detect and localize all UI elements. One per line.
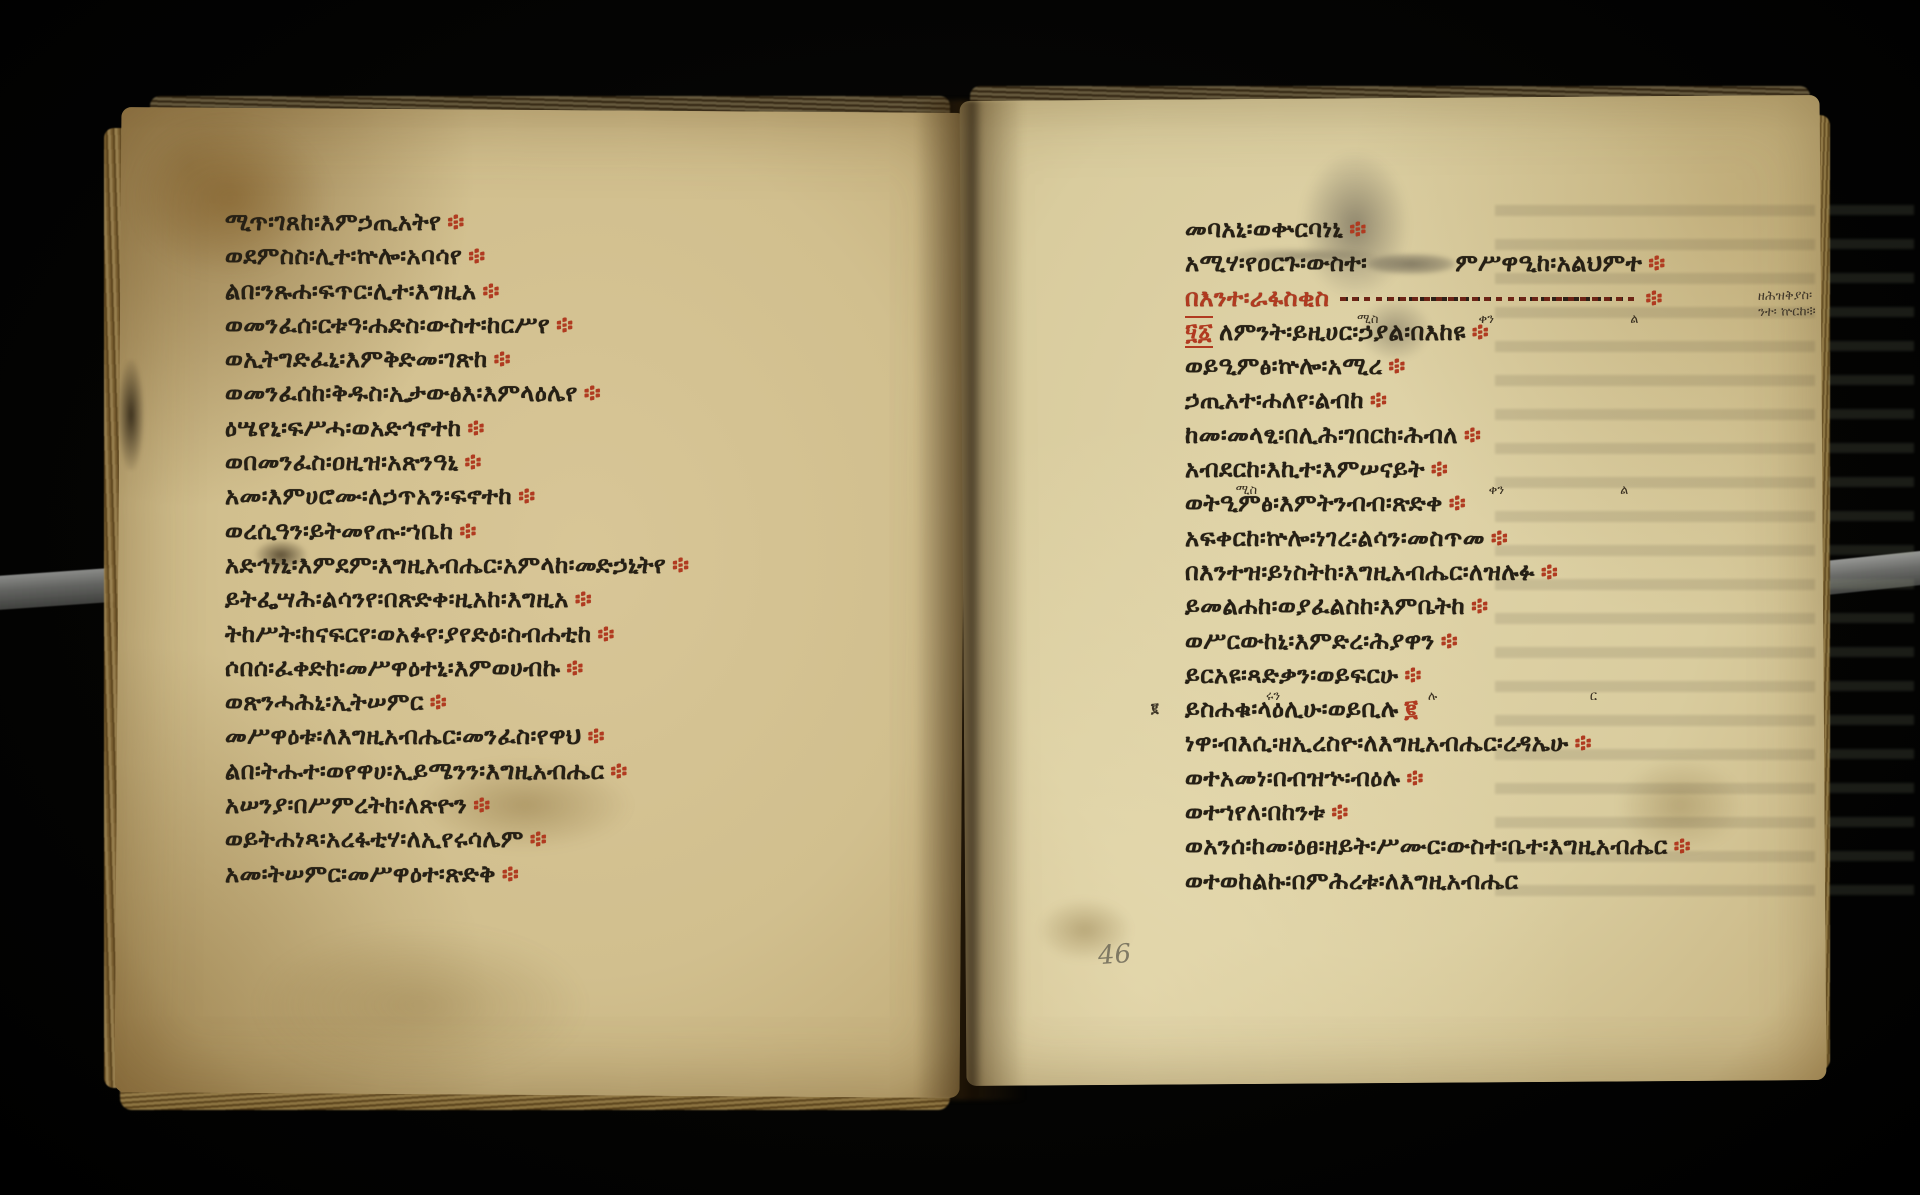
verse-text: ወይትሐነጻ፡አረፋቲሃ፡ለኢየሩሳሌም xyxy=(225,825,524,853)
verse-divider-mark: ፨ xyxy=(1648,249,1665,277)
text-line: ወረሲዓን፡ይትመየጡ፡ኀቤከ፨ xyxy=(225,514,690,548)
verse-divider-mark: ፨ xyxy=(598,620,615,648)
verse-divider-mark: ፨ xyxy=(1646,284,1663,312)
text-line: ፪ይስሐቁ፡ላዕሊሁ፡ወይቢሉ፪ሩንሉር xyxy=(1185,692,1691,726)
text-line: ወደምስስ፡ሊተ፡ኵሎ፡አባሳየ፨ xyxy=(225,239,690,273)
interlinear-gloss: ል xyxy=(1620,474,1628,509)
text-line: አሚሃ፡የዐርጉ፡ውስተ፡ምሥዋዒከ፡አልህምተ፨ xyxy=(1185,246,1691,280)
verse-divider-mark: ፨ xyxy=(588,722,605,750)
verse-text: ይስሐቁ፡ላዕሊሁ፡ወይቢሉ xyxy=(1185,695,1399,723)
text-line: አድኅነኒ፡እምደም፡እግዚአብሔር፡አምላከ፡መድኃኒትየ፨ xyxy=(225,548,690,582)
rubric-filler-rule xyxy=(1340,297,1640,301)
verse-divider-mark: ፪ xyxy=(1405,695,1419,723)
text-line: ሚጥ፡ገጸከ፡እምኃጢአትየ፨ xyxy=(225,205,690,239)
verse-divider-mark: ፨ xyxy=(1441,627,1458,655)
interlinear-gloss: ር xyxy=(1590,680,1597,715)
right-page-text-column: መባአኒ፡ወቍርባነኒ፨አሚሃ፡የዐርጉ፡ውስተ፡ምሥዋዒከ፡አልህምተ፨በእን… xyxy=(1185,212,1691,898)
text-line: ወተወከልኩ፡በምሕረቱ፡ለእግዚአብሔር xyxy=(1185,864,1691,898)
verse-divider-mark: ፨ xyxy=(566,654,583,682)
interlinear-gloss: ሩን xyxy=(1266,680,1280,715)
verse-divider-mark: ፨ xyxy=(1431,455,1448,483)
verse-text: አፍቀርከ፡ኵሎ፡ነገረ፡ልሳን፡መስጥመ xyxy=(1185,524,1485,552)
verse-divider-mark: ፨ xyxy=(1575,729,1592,757)
verse-divider-mark: ፨ xyxy=(494,345,511,373)
text-line: ወጽንሓሕኒ፡ኢትሠምር፨ xyxy=(225,685,690,719)
text-line: ይርአዩ፡ጻድቃን፡ወይፍርሁ፨ xyxy=(1185,658,1691,692)
text-line: በእንተዝ፡ይነስትከ፡እግዚአብሔር፡ለዝሉፉ፨ xyxy=(1185,555,1691,589)
text-line: ከመ፡መላፂ፡በሊሕ፡ገበርከ፡ሕብለ፨ xyxy=(1185,418,1691,452)
verse-text: ወረሲዓን፡ይትመየጡ፡ኀቤከ xyxy=(225,517,454,545)
verse-divider-mark: ፨ xyxy=(465,448,482,476)
text-line: ፶፩ለምንት፡ይዚሀር፡ኃያል፡በእከዩ፨ሚስቀንል xyxy=(1185,315,1691,349)
text-line: ወበመንፈስ፡ዐዚዝ፡አጽንዓኒ፨ xyxy=(225,445,690,479)
text-line: አመ፡ትሠምር፡መሥዋዕተ፡ጽድቅ፨ xyxy=(225,857,690,891)
verse-divider-mark: ፨ xyxy=(1471,592,1488,620)
verse-divider-mark: ፨ xyxy=(530,825,547,853)
pencil-folio-number: 46 xyxy=(1097,939,1132,971)
verse-divider-mark: ፨ xyxy=(430,688,447,716)
text-line: ይመልሐከ፡ወያፈልስከ፡እምቤትከ፨ xyxy=(1185,589,1691,623)
verse-text: ምሥዋዒከ፡አልህምተ xyxy=(1455,249,1642,277)
verse-divider-mark: ፨ xyxy=(447,208,464,236)
interlinear-gloss: ቀን xyxy=(1489,474,1505,509)
verse-divider-mark: ፨ xyxy=(1674,832,1691,860)
verse-text: ወደምስስ፡ሊተ፡ኵሎ፡አባሳየ xyxy=(225,242,462,270)
text-line: መሥዋዕቱ፡ለእግዚአብሔር፡መንፈስ፡የዋህ፨ xyxy=(225,719,690,753)
verse-text: አሠንያ፡በሥምረትከ፡ለጽዮን xyxy=(225,791,467,819)
verse-divider-mark: ፨ xyxy=(672,551,689,579)
text-line: ወአንሰ፡ከመ፡ዕፀ፡ዘይት፡ሥሙር፡ውስተ፡ቤተ፡እግዚአብሔር፨ xyxy=(1185,829,1691,863)
verse-divider-mark: ፨ xyxy=(556,311,573,339)
text-line: መባአኒ፡ወቍርባነኒ፨ xyxy=(1185,212,1691,246)
verse-text: መሥዋዕቱ፡ለእግዚአብሔር፡መንፈስ፡የዋህ xyxy=(225,722,582,750)
text-line: ወተኀየለ፡በከንቱ፨ xyxy=(1185,795,1691,829)
interlinear-gloss: ሚስ xyxy=(1357,303,1379,338)
verse-divider-mark: ፨ xyxy=(1541,558,1558,586)
interlinear-gloss: ቀን xyxy=(1478,303,1494,338)
text-line: ወይዒምፅ፡ኵሎ፡አሚረ፨ xyxy=(1185,349,1691,383)
verse-divider-mark: ፨ xyxy=(473,791,490,819)
verse-divider-mark: ፨ xyxy=(1449,489,1466,517)
verse-divider-mark: ፨ xyxy=(1464,421,1481,449)
verse-text: ይትፌሣሕ፡ልሳንየ፡በጽድቀ፡ዚአከ፡እግዚአ xyxy=(225,585,569,613)
verse-text: ወተወከልኩ፡በምሕረቱ፡ለእግዚአብሔር xyxy=(1185,867,1518,895)
verse-text: ኃጢአተ፡ሐለየ፡ልብከ xyxy=(1185,386,1364,414)
verse-text: ወይዒምፅ፡ኵሎ፡አሚረ xyxy=(1185,352,1382,380)
verse-divider-mark: ፨ xyxy=(610,757,627,785)
verse-text: ይመልሐከ፡ወያፈልስከ፡እምቤትከ xyxy=(1185,592,1465,620)
verse-text: ወመንፈሰከ፡ቅዱስ፡ኢታውፅእ፡እምላዕሌየ xyxy=(225,379,578,407)
verse-divider-mark: ፨ xyxy=(1370,386,1387,414)
interlinear-gloss: ሉ xyxy=(1428,680,1437,715)
text-line: አፍቀርከ፡ኵሎ፡ነገረ፡ልሳን፡መስጥመ፨ xyxy=(1185,521,1691,555)
text-line: ወመንፈሰ፡ርቱዓ፡ሐድስ፡ውስተ፡ከርሥየ፨ xyxy=(225,308,690,342)
text-line: ነዋ፡ብእሲ፡ዘኢረስዮ፡ለእግዚአብሔር፡ረዳኤሁ፨ xyxy=(1185,726,1691,760)
text-line: ወመንፈሰከ፡ቅዱስ፡ኢታውፅእ፡እምላዕሌየ፨ xyxy=(225,376,690,410)
verse-text: ለምንት፡ይዚሀር፡ኃያል፡በእከዩ xyxy=(1219,318,1466,346)
verse-divider-mark: ፨ xyxy=(1405,661,1422,689)
erased-smudge xyxy=(1367,254,1455,274)
verse-divider-mark: ፨ xyxy=(1491,524,1508,552)
verse-text: ሚጥ፡ገጸከ፡እምኃጢአትየ xyxy=(225,208,441,236)
verse-text: ወኢትግድፈኒ፡እምቅድመ፡ገጽከ xyxy=(225,345,488,373)
text-line: ሶበሰ፡ፈቀድከ፡መሥዋዕተኒ፡እምወሀብኩ፨ xyxy=(225,651,690,685)
verse-divider-mark: ፨ xyxy=(482,277,499,305)
verse-text: ወበመንፈስ፡ዐዚዝ፡አጽንዓኒ xyxy=(225,448,459,476)
verse-text: ሶበሰ፡ፈቀድከ፡መሥዋዕተኒ፡እምወሀብኩ xyxy=(225,654,560,682)
margin-note-line: ንተ፡ ኵርከ፨ xyxy=(1758,303,1878,321)
verse-text: ከመ፡መላፂ፡በሊሕ፡ገበርከ፡ሕብለ xyxy=(1185,421,1458,449)
verse-text: ይርአዩ፡ጻድቃን፡ወይፍርሁ xyxy=(1185,661,1399,689)
text-line: በእንተ፡ራፋስቂስ፨ xyxy=(1185,281,1691,315)
verse-text: አመ፡ትሠምር፡መሥዋዕተ፡ጽድቅ xyxy=(225,860,496,888)
verse-divider-mark: ፨ xyxy=(1349,215,1366,243)
verse-divider-mark: ፨ xyxy=(1406,764,1423,792)
text-line: ዕሤየኒ፡ፍሥሓ፡ወአድኅኖተከ፨ xyxy=(225,411,690,445)
verse-divider-mark: ፨ xyxy=(575,585,592,613)
verse-text: ወተኀየለ፡በከንቱ xyxy=(1185,798,1325,826)
verse-divider-mark: ፨ xyxy=(502,860,519,888)
verse-text: ወጽንሓሕኒ፡ኢትሠምር xyxy=(225,688,424,716)
book-gutter-shadow xyxy=(915,100,1025,1100)
verse-text: ወትዒምፅ፡እምትንብብ፡ጽድቀ xyxy=(1185,489,1443,517)
verse-text: ወመንፈሰ፡ርቱዓ፡ሐድስ፡ውስተ፡ከርሥየ xyxy=(225,311,550,339)
verse-text: ልበ፡ትሑተ፡ወየዋሀ፡ኢይሜንን፡እግዚአብሔር xyxy=(225,757,604,785)
text-line: ትከሥት፡ከናፍርየ፡ወአፉየ፡ያየድዕ፡ስብሐቲከ፨ xyxy=(225,617,690,651)
verse-divider-mark: ፨ xyxy=(467,414,484,442)
left-page-text-column: ሚጥ፡ገጸከ፡እምኃጢአትየ፨ወደምስስ፡ሊተ፡ኵሎ፡አባሳየ፨ልበ፡ንጹሐ፡ፍ… xyxy=(225,205,690,891)
text-line: ወትዒምፅ፡እምትንብብ፡ጽድቀ፨ሚስቀንል xyxy=(1185,486,1691,520)
verse-text: መባአኒ፡ወቍርባነኒ xyxy=(1185,215,1343,243)
verse-divider-mark: ፨ xyxy=(1331,798,1348,826)
text-line: ልበ፡ንጹሐ፡ፍጥር፡ሊተ፡እግዚአ፨ xyxy=(225,274,690,308)
psalm-number: ፶፩ xyxy=(1185,316,1213,348)
verse-text: ወአንሰ፡ከመ፡ዕፀ፡ዘይት፡ሥሙር፡ውስተ፡ቤተ፡እግዚአብሔር xyxy=(1185,832,1668,860)
verse-divider-mark: ፨ xyxy=(1388,352,1405,380)
text-line: ወይትሐነጻ፡አረፋቲሃ፡ለኢየሩሳሌም፨ xyxy=(225,822,690,856)
verse-divider-mark: ፨ xyxy=(468,242,485,270)
verse-text: ነዋ፡ብእሲ፡ዘኢረስዮ፡ለእግዚአብሔር፡ረዳኤሁ xyxy=(1185,729,1569,757)
rubric-text: በእንተ፡ራፋስቂስ xyxy=(1185,284,1330,312)
text-line: ኃጢአተ፡ሐለየ፡ልብከ፨ xyxy=(1185,383,1691,417)
verse-text: ወተአመነ፡በብዝኍ፡ብዕሉ xyxy=(1185,764,1400,792)
verse-divider-mark: ፨ xyxy=(460,517,477,545)
text-line: ወሥርውከኒ፡እምድረ፡ሕያዋን፨ xyxy=(1185,624,1691,658)
verse-text: አድኅነኒ፡እምደም፡እግዚአብሔር፡አምላከ፡መድኃኒትየ xyxy=(225,551,666,579)
text-line: አሠንያ፡በሥምረትከ፡ለጽዮን፨ xyxy=(225,788,690,822)
margin-note: ዘሕዝቅያስ፡ ንተ፡ ኵርከ፨ xyxy=(1758,287,1879,321)
verse-text: አብደርከ፡እኪተ፡እምሠናይት xyxy=(1185,455,1425,483)
verse-divider-mark: ፨ xyxy=(518,482,535,510)
verse-text: ወሥርውከኒ፡እምድረ፡ሕያዋን xyxy=(1185,627,1435,655)
text-line: አብደርከ፡እኪተ፡እምሠናይት፨ xyxy=(1185,452,1691,486)
text-line: ወተአመነ፡በብዝኍ፡ብዕሉ፨ xyxy=(1185,761,1691,795)
verse-divider-mark: ፨ xyxy=(584,379,601,407)
verse-text: ልበ፡ንጹሐ፡ፍጥር፡ሊተ፡እግዚአ xyxy=(225,277,476,305)
text-line: ልበ፡ትሑተ፡ወየዋሀ፡ኢይሜንን፡እግዚአብሔር፨ xyxy=(225,754,690,788)
interlinear-gloss: ል xyxy=(1630,303,1638,338)
interlinear-gloss: ሚስ xyxy=(1236,474,1258,509)
verse-text: አሚሃ፡የዐርጉ፡ውስተ፡ xyxy=(1185,249,1367,277)
verse-text: ዕሤየኒ፡ፍሥሓ፡ወአድኅኖተከ xyxy=(225,414,461,442)
text-line: ይትፌሣሕ፡ልሳንየ፡በጽድቀ፡ዚአከ፡እግዚአ፨ xyxy=(225,582,690,616)
photo-background: ሚጥ፡ገጸከ፡እምኃጢአትየ፨ወደምስስ፡ሊተ፡ኵሎ፡አባሳየ፨ልበ፡ንጹሐ፡ፍ… xyxy=(0,0,1920,1195)
text-line: አመ፡እምሀሮሙ፡ለኃጥአን፡ፍኖተከ፨ xyxy=(225,479,690,513)
cradle-strap-left xyxy=(0,568,115,610)
verse-text: አመ፡እምሀሮሙ፡ለኃጥአን፡ፍኖተከ xyxy=(225,482,512,510)
verse-text: በእንተዝ፡ይነስትከ፡እግዚአብሔር፡ለዝሉፉ xyxy=(1185,558,1535,586)
text-line: ወኢትግድፈኒ፡እምቅድመ፡ገጽከ፨ xyxy=(225,342,690,376)
verse-text: ትከሥት፡ከናፍርየ፡ወአፉየ፡ያየድዕ፡ስብሐቲከ xyxy=(225,620,592,648)
